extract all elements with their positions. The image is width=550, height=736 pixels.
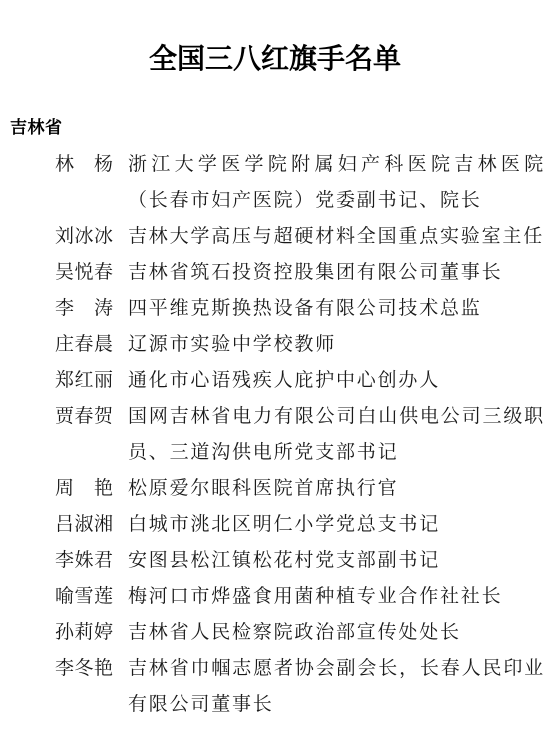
name-char: 春 [74, 399, 93, 435]
awardee-name: 李冬艳 [55, 651, 113, 687]
name-char: 春 [94, 255, 113, 291]
name-char: 孙 [55, 615, 74, 651]
list-item: 李姝君 安图县松江镇松花村党支部副书记 [0, 543, 550, 579]
description-line: 吉林省筑石投资控股集团有限公司董事长 [128, 255, 545, 291]
description-line: 有限公司董事长 [128, 687, 545, 723]
awardee-name: 贾春贺 [55, 399, 113, 435]
name-char: 吴 [55, 255, 74, 291]
description-line: 吉林省人民检察院政治部宣传处处长 [128, 615, 545, 651]
name-char: 湘 [94, 507, 113, 543]
awardee-description: 四平维克斯换热设备有限公司技术总监 [128, 291, 545, 327]
awardee-description: 安图县松江镇松花村党支部副书记 [128, 543, 545, 579]
name-char: 贾 [55, 399, 74, 435]
name-char: 吕 [55, 507, 74, 543]
name-char: 周 [55, 471, 74, 507]
awardee-name: 李姝君 [55, 543, 113, 579]
name-char: 贺 [94, 399, 113, 435]
name-char: 李 [55, 291, 74, 327]
list-item: 吴悦春 吉林省筑石投资控股集团有限公司董事长 [0, 255, 550, 291]
awardee-description: 松原爱尔眼科医院首席执行官 [128, 471, 545, 507]
awardee-name: 林杨 [55, 147, 113, 183]
awardee-description: 浙江大学医学院附属妇产科医院吉林医院（长春市妇产医院）党委副书记、院长 [128, 147, 545, 219]
name-char: 冬 [74, 651, 93, 687]
awardee-name: 吴悦春 [55, 255, 113, 291]
name-char: 红 [74, 363, 93, 399]
name-char: 丽 [94, 363, 113, 399]
awardee-description: 吉林大学高压与超硬材料全国重点实验室主任 [128, 219, 545, 255]
awardee-description: 吉林省人民检察院政治部宣传处处长 [128, 615, 545, 651]
awardee-name: 李涛 [55, 291, 113, 327]
list-item: 李冬艳 吉林省巾帼志愿者协会副会长，长春人民印业有限公司董事长 [0, 651, 550, 723]
description-line: 四平维克斯换热设备有限公司技术总监 [128, 291, 545, 327]
description-line: 国网吉林省电力有限公司白山供电公司三级职 [128, 399, 545, 435]
awardee-name: 庄春晨 [55, 327, 113, 363]
name-char: 郑 [55, 363, 74, 399]
award-list: 林杨 浙江大学医学院附属妇产科医院吉林医院（长春市妇产医院）党委副书记、院长 刘… [0, 147, 550, 723]
section-header: 吉林省 [0, 118, 550, 138]
list-item: 孙莉婷 吉林省人民检察院政治部宣传处处长 [0, 615, 550, 651]
name-char: 晨 [94, 327, 113, 363]
description-line: （长春市妇产医院）党委副书记、院长 [128, 183, 545, 219]
list-item: 周艳 松原爱尔眼科医院首席执行官 [0, 471, 550, 507]
name-char: 莲 [94, 579, 113, 615]
awardee-description: 吉林省筑石投资控股集团有限公司董事长 [128, 255, 545, 291]
name-char: 淑 [74, 507, 93, 543]
description-line: 吉林大学高压与超硬材料全国重点实验室主任 [128, 219, 545, 255]
awardee-name: 刘冰冰 [55, 219, 113, 255]
awardee-description: 国网吉林省电力有限公司白山供电公司三级职员、三道沟供电所党支部书记 [128, 399, 545, 471]
name-char: 李 [55, 543, 74, 579]
list-item: 贾春贺 国网吉林省电力有限公司白山供电公司三级职员、三道沟供电所党支部书记 [0, 399, 550, 471]
description-line: 松原爱尔眼科医院首席执行官 [128, 471, 545, 507]
page-title: 全国三八红旗手名单 [0, 0, 550, 78]
description-line: 吉林省巾帼志愿者协会副会长，长春人民印业 [128, 651, 545, 687]
list-item: 林杨 浙江大学医学院附属妇产科医院吉林医院（长春市妇产医院）党委副书记、院长 [0, 147, 550, 219]
name-char: 艳 [94, 651, 113, 687]
awardee-name: 周艳 [55, 471, 113, 507]
awardee-description: 白城市洮北区明仁小学党总支书记 [128, 507, 545, 543]
document-page: 全国三八红旗手名单 吉林省 林杨 浙江大学医学院附属妇产科医院吉林医院（长春市妇… [0, 0, 550, 736]
awardee-name: 郑红丽 [55, 363, 113, 399]
name-char: 春 [74, 327, 93, 363]
list-item: 喻雪莲 梅河口市烨盛食用菌种植专业合作社社长 [0, 579, 550, 615]
awardee-description: 吉林省巾帼志愿者协会副会长，长春人民印业有限公司董事长 [128, 651, 545, 723]
name-char: 涛 [94, 291, 113, 327]
name-char: 刘 [55, 219, 74, 255]
awardee-name: 孙莉婷 [55, 615, 113, 651]
description-line: 浙江大学医学院附属妇产科医院吉林医院 [128, 147, 545, 183]
description-line: 安图县松江镇松花村党支部副书记 [128, 543, 545, 579]
awardee-name: 喻雪莲 [55, 579, 113, 615]
awardee-description: 辽源市实验中学校教师 [128, 327, 545, 363]
list-item: 刘冰冰 吉林大学高压与超硬材料全国重点实验室主任 [0, 219, 550, 255]
description-line: 白城市洮北区明仁小学党总支书记 [128, 507, 545, 543]
list-item: 李涛 四平维克斯换热设备有限公司技术总监 [0, 291, 550, 327]
description-line: 员、三道沟供电所党支部书记 [128, 435, 545, 471]
description-line: 辽源市实验中学校教师 [128, 327, 545, 363]
name-char: 冰 [94, 219, 113, 255]
list-item: 庄春晨 辽源市实验中学校教师 [0, 327, 550, 363]
description-line: 通化市心语残疾人庇护中心创办人 [128, 363, 545, 399]
awardee-description: 通化市心语残疾人庇护中心创办人 [128, 363, 545, 399]
name-char: 喻 [55, 579, 74, 615]
name-char: 姝 [74, 543, 93, 579]
name-char: 杨 [94, 147, 113, 183]
name-char: 林 [55, 147, 74, 183]
name-char: 君 [94, 543, 113, 579]
name-char: 李 [55, 651, 74, 687]
name-char: 艳 [94, 471, 113, 507]
awardee-name: 吕淑湘 [55, 507, 113, 543]
name-char: 冰 [74, 219, 93, 255]
list-item: 郑红丽 通化市心语残疾人庇护中心创办人 [0, 363, 550, 399]
name-char: 庄 [55, 327, 74, 363]
name-char: 莉 [74, 615, 93, 651]
awardee-description: 梅河口市烨盛食用菌种植专业合作社社长 [128, 579, 545, 615]
description-line: 梅河口市烨盛食用菌种植专业合作社社长 [128, 579, 545, 615]
name-char: 婷 [94, 615, 113, 651]
list-item: 吕淑湘 白城市洮北区明仁小学党总支书记 [0, 507, 550, 543]
name-char: 雪 [74, 579, 93, 615]
name-char: 悦 [74, 255, 93, 291]
